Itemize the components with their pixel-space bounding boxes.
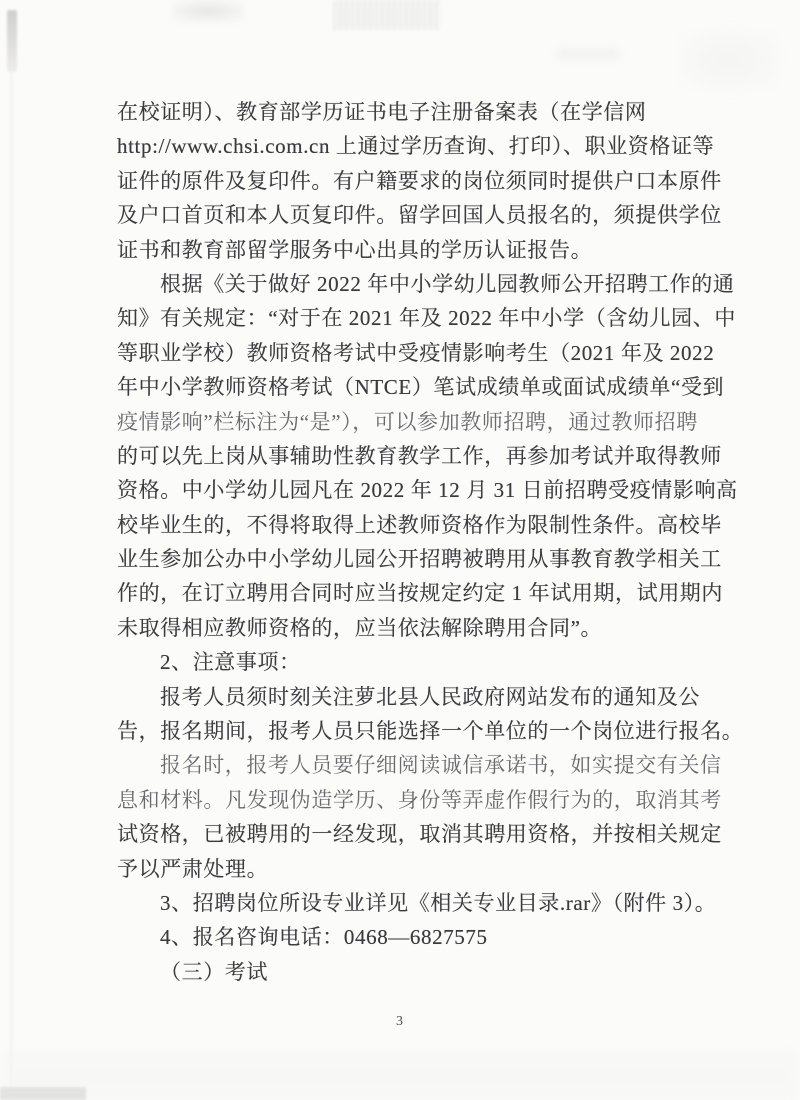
text-line: 未取得相应教师资格的，应当依法解除聘用合同”。 [117, 611, 725, 645]
text-line: 及户口首页和本人页复印件。留学回国人员报名的，须提供学位 [117, 198, 725, 232]
scan-artifact-smudge [680, 30, 780, 90]
text-line: 作的，在订立聘用合同时应当按规定约定 1 年试用期，试用期内 [117, 576, 725, 610]
text-line: 予以严肃处理。 [117, 852, 725, 886]
scan-artifact-smudge [333, 0, 441, 30]
text-line: 报考人员须时刻关注萝北县人民政府网站发布的通知及公 [117, 680, 725, 714]
text-line: 等职业学校）教师资格考试中受疫情影响考生（2021 年及 2022 [117, 336, 725, 370]
text-line: 息和材料。凡发现伪造学历、身份等弄虚作假行为的，取消其考 [117, 783, 725, 817]
text-block: 在校证明）、教育部学历证书电子注册备案表（在学信网http://www.chsi… [117, 95, 725, 989]
text-line: 疫情影响”栏标注为“是”），可以参加教师招聘，通过教师招聘 [117, 405, 725, 439]
scan-artifact-left-line [10, 72, 13, 1087]
text-line: 年中小学教师资格考试（NTCE）笔试成绩单或面试成绩单“受到 [117, 370, 725, 404]
page-number: 3 [0, 1014, 800, 1030]
scan-artifact-smudge [172, 0, 244, 22]
text-line: 根据《关于做好 2022 年中小学幼儿园教师公开招聘工作的通 [117, 267, 725, 301]
text-line: 报名时，报考人员要仔细阅读诚信承诺书，如实提交有关信 [117, 748, 725, 782]
scan-artifact-bottom-band [0, 1052, 800, 1100]
text-line: 知》有关规定：“对于在 2021 年及 2022 年中小学（含幼儿园、中 [117, 301, 725, 335]
text-line: 4、报名咨询电话：0468—6827575 [117, 920, 725, 954]
text-line: 资格。中小学幼儿园凡在 2022 年 12 月 31 日前招聘受疫情影响高 [117, 473, 725, 507]
text-line: 告，报名期间，报考人员只能选择一个单位的一个岗位进行报名。 [117, 714, 725, 748]
text-line: 的可以先上岗从事辅助性教育教学工作，再参加考试并取得教师 [117, 439, 725, 473]
scan-artifact-smudge [556, 48, 620, 60]
text-line: 3、招聘岗位所设专业详见《相关专业目录.rar》（附件 3）。 [117, 886, 725, 920]
text-line: 业生参加公办中小学幼儿园公开招聘被聘用从事教育教学相关工 [117, 542, 725, 576]
text-line: （三）考试 [117, 955, 725, 989]
scan-artifact-topleft-mark [7, 10, 17, 72]
text-line: 试资格，已被聘用的一经发现，取消其聘用资格，并按相关规定 [117, 817, 725, 851]
text-line: 在校证明）、教育部学历证书电子注册备案表（在学信网 [117, 95, 725, 129]
text-line: http://www.chsi.com.cn 上通过学历查询、打印）、职业资格证… [117, 129, 725, 163]
text-line: 校毕业生的，不得将取得上述教师资格作为限制性条件。高校毕 [117, 508, 725, 542]
document-page: 在校证明）、教育部学历证书电子注册备案表（在学信网http://www.chsi… [0, 0, 800, 1100]
scan-artifact-bottomleft-strip [0, 1087, 86, 1100]
text-line: 2、注意事项： [117, 645, 725, 679]
text-line: 证书和教育部留学服务中心出具的学历认证报告。 [117, 233, 725, 267]
text-line: 证件的原件及复印件。有户籍要求的岗位须同时提供户口本原件 [117, 164, 725, 198]
